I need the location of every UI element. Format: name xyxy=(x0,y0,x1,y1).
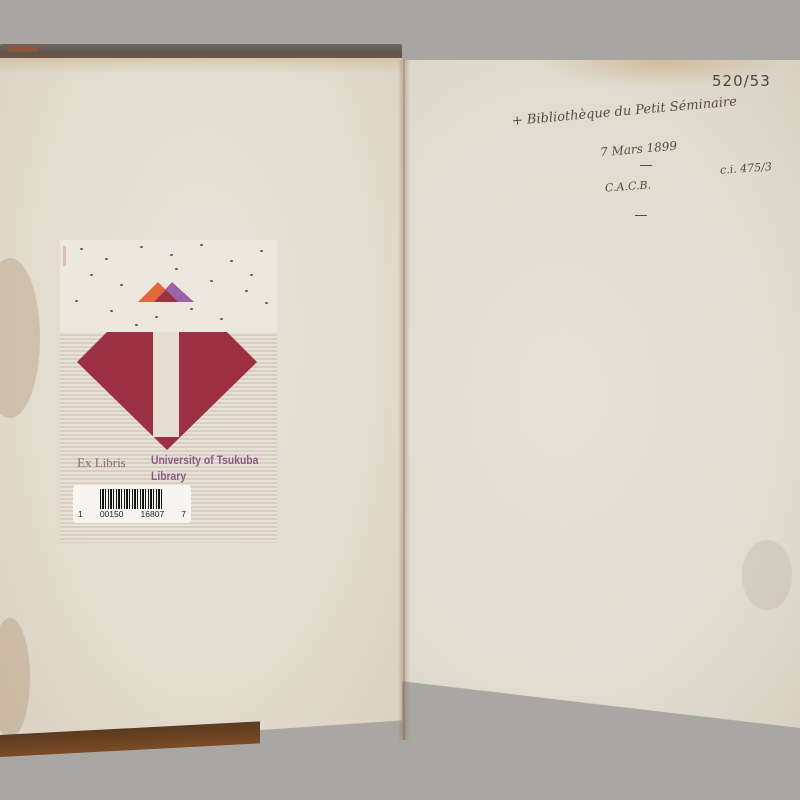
inscription-dash xyxy=(635,215,647,216)
barcode-icon xyxy=(100,489,164,509)
cover-board-top-edge xyxy=(0,44,402,60)
institution-line-2: Library xyxy=(151,469,259,485)
ex-libris-label: Ex Libris xyxy=(77,455,126,471)
barcode-label: 1 00150 16807 7 xyxy=(73,485,191,523)
inscription-dash xyxy=(640,165,652,166)
bookplate-speckled-header xyxy=(60,240,277,332)
stain xyxy=(0,258,40,418)
mountain-logo-icon xyxy=(138,278,198,302)
vertical-code xyxy=(63,246,66,266)
stain xyxy=(742,540,792,610)
stain xyxy=(0,618,30,738)
barcode-number: 1 00150 16807 7 xyxy=(75,509,189,519)
book-gutter xyxy=(398,60,410,740)
institution-name: University of Tsukuba Library xyxy=(151,453,259,485)
shelf-mark: 520/53 xyxy=(712,72,771,90)
diamond-emblem-icon xyxy=(77,332,257,450)
bookplate: Ex Libris University of Tsukuba Library … xyxy=(60,240,277,543)
institution-line-1: University of Tsukuba xyxy=(151,453,259,469)
flyleaf-page xyxy=(402,60,800,728)
